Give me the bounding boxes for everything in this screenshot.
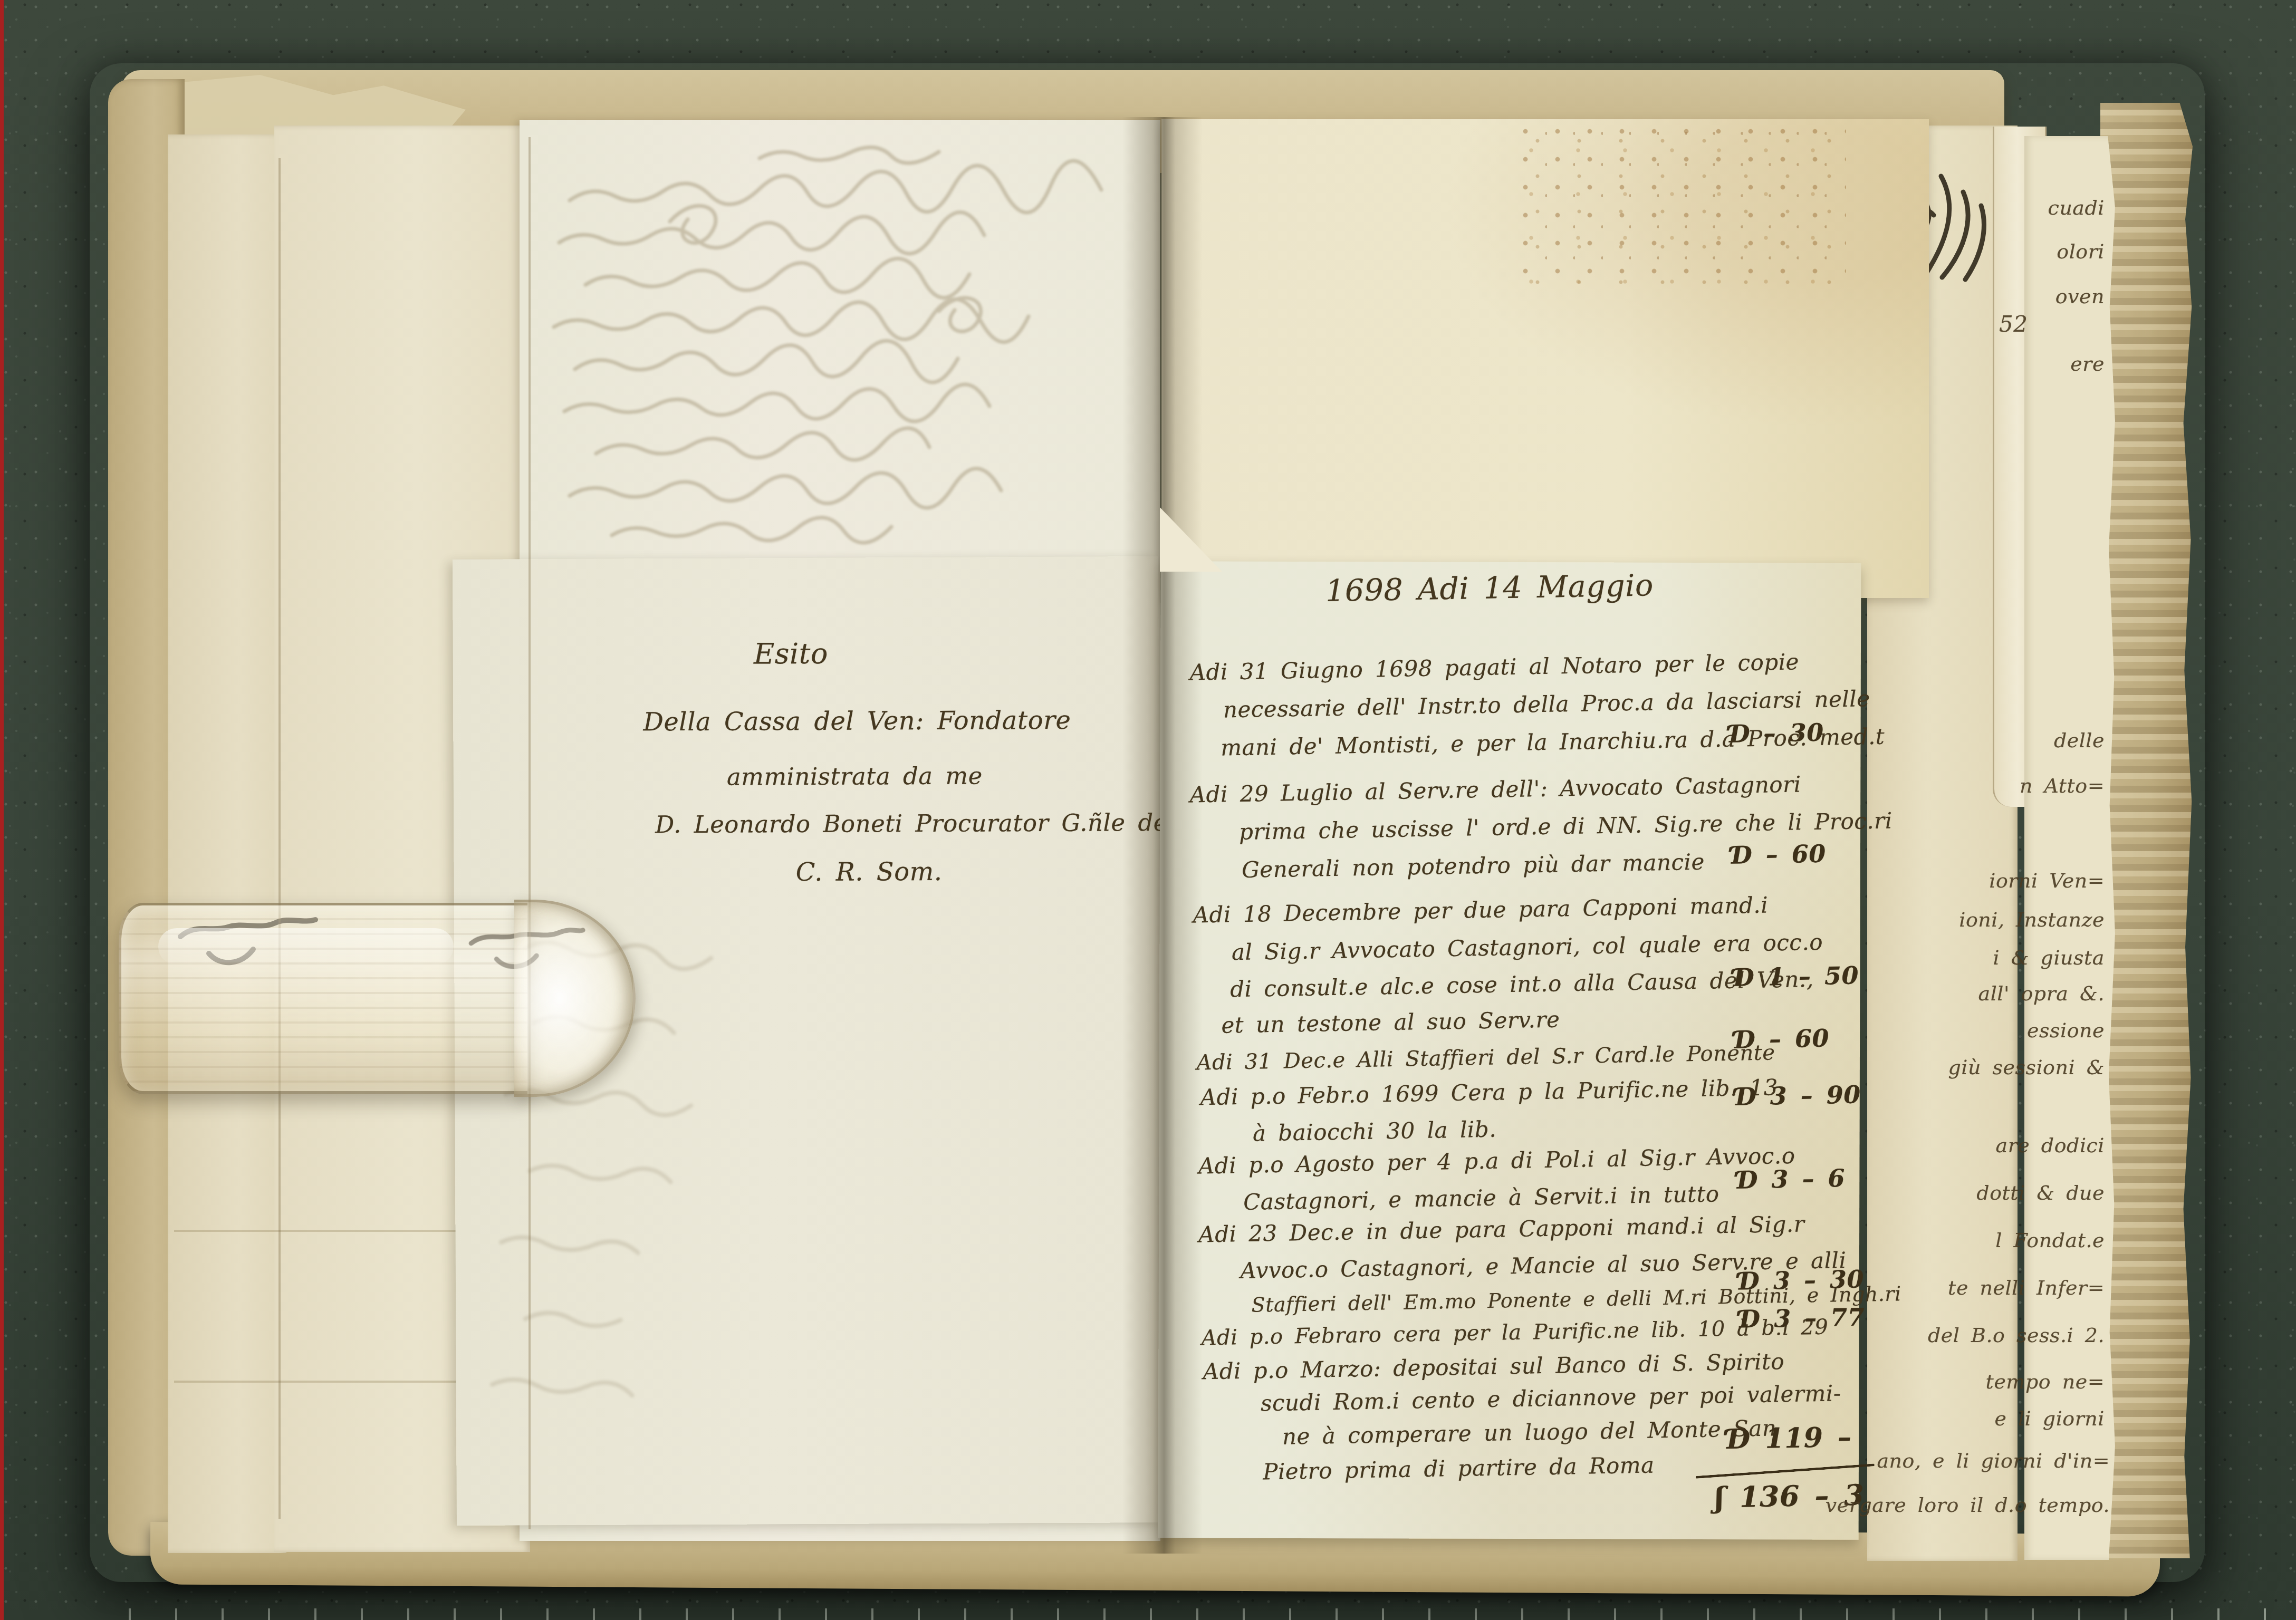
edge-fragment: e li giorni [1878, 1407, 2105, 1430]
title-line-amministrata: amministrata da me [727, 762, 983, 791]
entry-line: Adi 18 Decembre per due para Capponi man… [1193, 892, 1768, 928]
glass-highlight [158, 928, 454, 965]
edge-fragment: ano, e li giorni d'in= [1793, 1449, 2110, 1472]
edge-fragment: del B.o sess.i 2. [1878, 1324, 2105, 1347]
edge-fragment: n Atto= [1878, 774, 2105, 797]
entry-line: ne à comperare un luogo del Monte San [1282, 1415, 1777, 1449]
account-page: 1698 Adi 14 Maggio Adi 31 Giugno 1698 pa… [1158, 561, 1861, 1539]
edge-fragment: oven [2010, 285, 2105, 308]
entry-line: et un testone al suo Serv.re [1221, 1006, 1560, 1038]
edge-fragment: vergare loro il d.o tempo. [1793, 1493, 2110, 1517]
entry-amount: Ɗ – 60 [1731, 840, 1826, 870]
edge-fragment-number: 52 [1999, 311, 2057, 337]
entry-line: à baiocchi 30 la lib. [1253, 1116, 1497, 1146]
entry-line: Adi 23 Dec.e in due para Capponi mand.i … [1198, 1211, 1805, 1247]
scanner-tick-strip [84, 1608, 2296, 1620]
entry-amount: Ɗ 3 – 30 [1738, 1265, 1865, 1295]
entry-amount: Ɗ 3 – 6 [1736, 1164, 1845, 1194]
entry-amount: Ɗ 3 – 77 [1739, 1303, 1865, 1333]
edge-fragment: all' opra &. [1878, 982, 2105, 1005]
page-edge-line [529, 137, 531, 1529]
page-edge-line [278, 158, 281, 1519]
edge-fragment: olori [2010, 240, 2105, 263]
scanner-red-edge [0, 0, 4, 1620]
edge-fragment: te nelli Infer= [1878, 1276, 2105, 1299]
entry-line: scudi Rom.i cento e diciannove per poi v… [1260, 1380, 1841, 1416]
title-line-leonardo: D. Leonardo Boneti Procurator G.ñle de' [655, 808, 1175, 838]
show-through-ghost-text [538, 142, 1145, 564]
edge-fragment: tempo ne= [1878, 1370, 2105, 1393]
edge-fragment: cuadi [2010, 196, 2105, 219]
entry-line: necessarie dell' Instr.to della Proc.a d… [1223, 686, 1870, 722]
book-gutter-shadow [1122, 117, 1203, 1554]
edge-fragment: ioni, Instanze [1878, 908, 2105, 931]
book-cover-right-edge [2100, 103, 2193, 1558]
entry-line: Adi 31 Giugno 1698 pagati al Notaro per … [1189, 649, 1799, 685]
edge-fragment: delle [1878, 729, 2105, 752]
entry-line: Adi 31 Dec.e Alli Staffieri del S.r Card… [1196, 1040, 1775, 1075]
entry-line: Adi p.o Marzo: depositai sul Banco di S.… [1203, 1348, 1784, 1384]
title-line-cassa: Della Cassa del Ven: Fondatore [643, 706, 1071, 737]
entry-line: di consult.e alc.e cose int.o alla Causa… [1230, 966, 1814, 1002]
entry-line: Adi p.o Agosto per 4 p.a di Pol.i al Sig… [1198, 1143, 1795, 1179]
edge-fragment: essione [1878, 1019, 2105, 1042]
page-heading-date: 1698 Adi 14 Maggio [1325, 568, 1654, 609]
entry-line: Castagnori, e mancie à Servit.i in tutto [1243, 1181, 1719, 1215]
edge-fragment: giù sessioni & [1878, 1056, 2105, 1079]
title-esito: Esito [754, 637, 828, 671]
entry-amount: Ɗ – 60 [1734, 1024, 1830, 1054]
foxing-freckles [1519, 127, 1846, 285]
edge-fragment: iorni Ven= [1878, 869, 2105, 892]
entry-line: Pietro prima di partire da Roma [1263, 1452, 1655, 1484]
entry-amount: Ɗ 1 – 50 [1733, 961, 1859, 992]
edge-fragment: dotti & due [1878, 1181, 2105, 1204]
entry-amount: Ɗ – 30 [1728, 718, 1824, 748]
entry-line: Generali non potendro più dar mancie [1242, 849, 1705, 883]
title-line-crsom: C. R. Som. [795, 857, 942, 887]
entry-line: al Sig.r Avvocato Castagnori, col quale … [1232, 929, 1823, 966]
left-page-strip-outer [168, 134, 286, 1553]
manuscript-scan: Esito Della Cassa del Ven: Fondatore amm… [0, 0, 2296, 1620]
entry-amount: Ɗ 3 – 90 [1735, 1081, 1861, 1111]
entry-line: Adi p.o Febr.o 1699 Cera p la Purific.ne… [1200, 1074, 1778, 1110]
edge-fragment: l Fondat.e [1878, 1229, 2105, 1252]
edge-fragment: i & giusta [1878, 946, 2105, 969]
entry-line: prima che uscisse l' ord.e di NN. Sig.re… [1239, 807, 1892, 845]
edge-fragment: are dodici [1878, 1134, 2105, 1157]
entry-line: Adi 29 Luglio al Serv.re dell': Avvocato… [1189, 771, 1801, 807]
entry-line: Adi p.o Febraro cera per la Purific.ne l… [1201, 1315, 1828, 1351]
edge-fragment: ere [2010, 352, 2105, 375]
